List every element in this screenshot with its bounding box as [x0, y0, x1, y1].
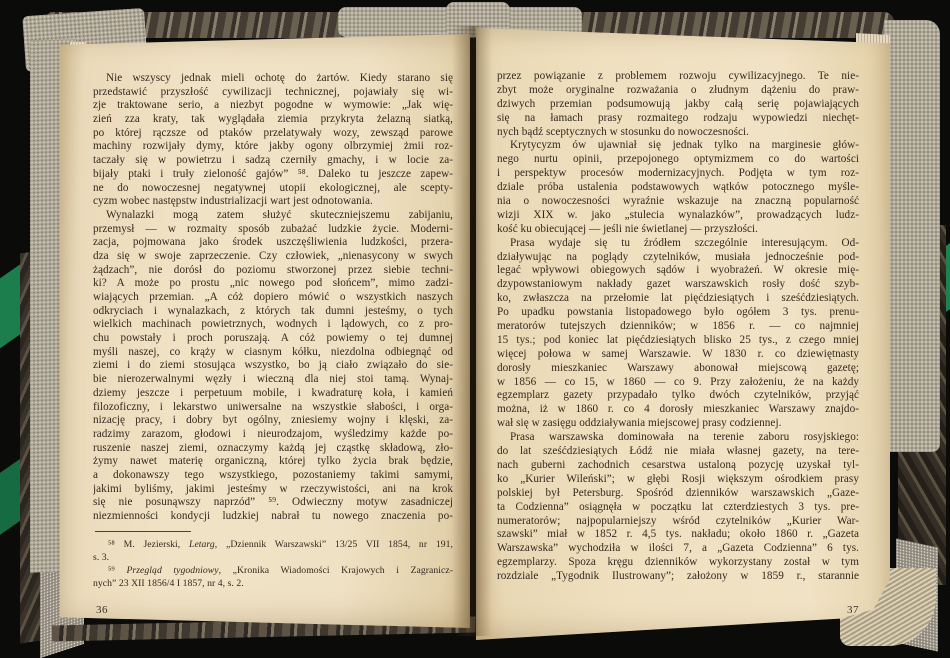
text-line: dorosły mieszkaniec Warszawy abonował mi… — [497, 362, 859, 376]
text-line: Prasa wydaje się tu źródłem szczególnie … — [497, 237, 859, 251]
text-line: dziale próba ustalenia podstawowych wątk… — [497, 181, 859, 195]
text-line: ⁵⁹ Przegląd tygodniowy, „Kronika Wiadomo… — [93, 564, 453, 577]
text-line: legać wpływowi obiegowych sądów i wyobra… — [497, 264, 859, 278]
text-line: taczały się w powietrzu i sadzą czerniły… — [93, 154, 453, 168]
text-line: nego nurtu opinii, przepojonego optymizm… — [497, 153, 859, 167]
text-line: niezmienności kondycji ludzkiej nabrał t… — [93, 510, 453, 524]
text-line: do lat sześćdziesiątych Łódź nie miała w… — [497, 445, 859, 459]
text-line: i perspektyw procesów modernizacyjnych. … — [497, 167, 859, 181]
right-page: przez powiązanie z problemem rozwoju cyw… — [476, 28, 890, 640]
text-line: zacja, pojmowana jako środek uszczęśliwi… — [93, 236, 453, 250]
text-line: kość ku obiecującej — jeśli nie świetlan… — [497, 223, 859, 237]
text-line: szawski” miał w 1852 r. 4,5 tys. nakładu… — [497, 528, 859, 542]
text-line: Prasa warszawska dominowała na terenie z… — [497, 431, 859, 445]
text-line: egzemplarz gazety przypadało tylko dwóch… — [497, 389, 859, 403]
text-line: działywując na poglądy czytelników, musi… — [497, 251, 859, 265]
text-line: 15 tys.; pod koniec lat pięćdziesiątych … — [497, 334, 859, 348]
text-line: nach guberni zachodnich cesarstwa ustalo… — [497, 459, 859, 473]
text-line: rozdziale „Tygodnik Ilustrowany”; założo… — [497, 570, 859, 584]
footnote-rule — [95, 531, 191, 532]
text-line: przedstawić przyszłość cywilizacji techn… — [93, 86, 453, 100]
text-line: myśli naszej, co krąży w ciasnym kółku, … — [93, 346, 453, 360]
text-line: bie nierozerwalnymi węzły i wieczną dla … — [93, 373, 453, 387]
text-line: się na łamach prasy rozmaitego rodzaju w… — [497, 112, 859, 126]
text-line: dziemy jeszcze i perpetuum mobile, i kwa… — [93, 387, 453, 401]
text-line: żądzach”, nie dorósł do poziomu stworzon… — [93, 264, 453, 278]
text-line: nia o nowoczesności wyraźnie wskazuje na… — [497, 195, 859, 209]
right-page-number: 37 — [497, 604, 859, 616]
text-line: Nie wszyscy jednak mieli ochotę do żartó… — [93, 72, 453, 86]
text-line: ta Codzienna” osiągnęła w początku lat c… — [497, 501, 859, 515]
text-line: cyzm wobec następstw industrializacji wa… — [93, 195, 453, 209]
left-page-text: Nie wszyscy jednak mieli ochotę do żartó… — [93, 72, 453, 590]
text-line: chu powstały i proch poruszają. A cóż po… — [93, 332, 453, 346]
text-line: zbyt może oryginalne rozważania o złudny… — [497, 84, 859, 98]
text-line: wał się w zasięgu oddziaływania miejscow… — [497, 417, 859, 431]
right-page-text: przez powiązanie z problemem rozwoju cyw… — [497, 70, 859, 584]
text-line: meratorów tutejszych dzienników; w 1856 … — [497, 320, 859, 334]
text-line: filozoficzny, i lekarstwo uniwersalne na… — [93, 401, 453, 415]
text-line: Po upadku powstania listopadowego było o… — [497, 306, 859, 320]
text-line: przemysł — w rozmaity sposób zubażać lud… — [93, 223, 453, 237]
left-page-footnotes: ⁵⁸ M. Jezierski, Letarg, „Dziennik Warsz… — [93, 538, 453, 590]
text-line: więcej połowa w samej Warszawie. W 1830 … — [497, 348, 859, 362]
text-line: numeratorów; najpopularniejszy wśród czy… — [497, 515, 859, 529]
left-page-body: Nie wszyscy jednak mieli ochotę do żartó… — [93, 72, 453, 524]
text-line: dza się w swoje zaprzeczenie. Czy człowi… — [93, 250, 453, 264]
text-line: po której rączsze od ptaków przelatywały… — [93, 127, 453, 141]
text-line: ne do nowoczesnej negatywnej utopii ekol… — [93, 182, 453, 196]
text-line: machiny rozwijały dymy, które jakby ogon… — [93, 140, 453, 154]
right-page-body: przez powiązanie z problemem rozwoju cyw… — [497, 70, 859, 584]
text-line: radzimy zarazom, głodowi i nieurodzajom,… — [93, 428, 453, 442]
text-line: Warszawska” wychodziła w ilości 7, a „Ga… — [497, 542, 859, 556]
text-line: Wynalazki mogą zatem służyć skuteczniejs… — [93, 209, 453, 223]
text-line: ⁵⁸ M. Jezierski, Letarg, „Dziennik Warsz… — [93, 538, 453, 551]
text-line: zień zza kraty, tak wyglądała ziemia prz… — [93, 113, 453, 127]
text-line: ziemi i do ziemi stosująca wszystko, bo … — [93, 359, 453, 373]
text-line: się nie posunąwszy naprzód” ⁵⁹. Odwieczn… — [93, 496, 453, 510]
book-scan-photo: Nie wszyscy jednak mieli ochotę do żartó… — [0, 0, 950, 658]
text-line: wizji XIX w. jako „stulecia wynalazków”,… — [497, 209, 859, 223]
text-line: odkryciach i wynalazkach, z których tak … — [93, 305, 453, 319]
left-page-number: 36 — [96, 604, 108, 616]
text-line: nych” 23 XII 1856/4 I 1857, nr 4, s. 2. — [93, 577, 453, 590]
text-line: przez powiązanie z problemem rozwoju cyw… — [497, 70, 859, 84]
text-line: Krytycyzm ów ujawniał się jednak tylko n… — [497, 139, 859, 153]
left-page: Nie wszyscy jednak mieli ochotę do żartó… — [60, 34, 470, 628]
text-line: ko „Kurier Wileński”; w głębi Rosji więk… — [497, 473, 859, 487]
text-line: jakimi byliśmy, jakimi jesteśmy w rzeczy… — [93, 483, 453, 497]
text-line: dzypowstaniowym nakłady gazet warszawski… — [497, 278, 859, 292]
text-line: wiających przemian. „A cóż dopiero mówić… — [93, 291, 453, 305]
text-line: można, iż w 1860 r. co 4 dorosły mieszka… — [497, 403, 859, 417]
text-line: w 1856 — co 15, w 1860 — co 9. Przy zało… — [497, 376, 859, 390]
text-line: ki? A może po prostu „nic nowego pod sło… — [93, 277, 453, 291]
text-line: dziwych przemian podsumowują jakby całą … — [497, 98, 859, 112]
text-line: wielkich machinach powietrznych, wodnych… — [93, 318, 453, 332]
text-line: nizację pracy, i dobry byt ogólny, znies… — [93, 414, 453, 428]
text-line: ko, zwłaszcza na przełomie lat pięćdzies… — [497, 292, 859, 306]
cloth-spine-right — [884, 20, 940, 452]
text-line: ruszenie naszej ziemi, oznaczymy każdą j… — [93, 442, 453, 456]
text-line: zje traktowane serio, a niezbyt pogodne … — [93, 99, 453, 113]
text-line: nych bądź sceptycznych w stosunku do now… — [497, 126, 859, 140]
text-line: żymy nawet materię organiczną, której ty… — [93, 455, 453, 469]
text-line: a dokonawszy tego wszystkiego, pozostani… — [93, 469, 453, 483]
text-line: egzemplarzy. Spoza kręgu dzienników wyko… — [497, 556, 859, 570]
text-line: bijały ptaki i truły zieloność gajów” ⁵⁸… — [93, 168, 453, 182]
text-line: polskiej był Petersburg. Spośród dzienni… — [497, 487, 859, 501]
text-line: s. 3. — [93, 551, 453, 564]
